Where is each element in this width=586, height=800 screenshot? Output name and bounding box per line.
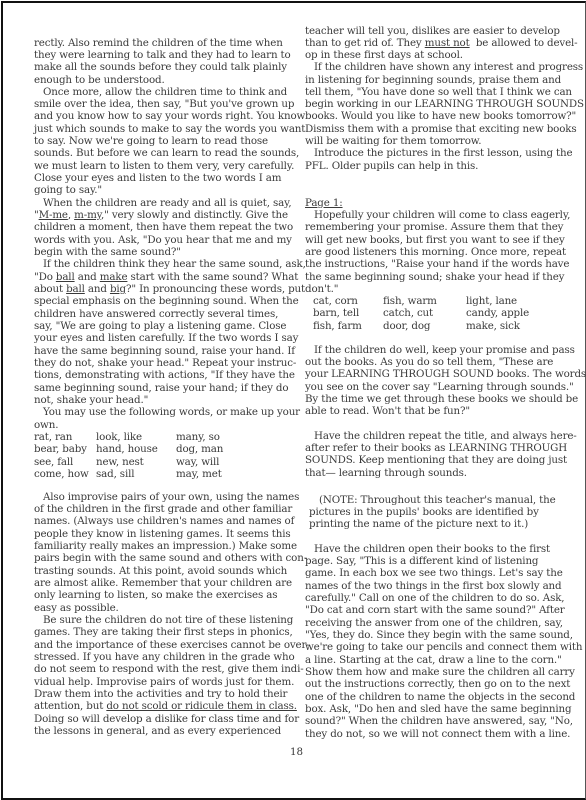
- text-line: teacher will tell you, dislikes are easi…: [305, 25, 560, 37]
- text-line: same beginning sound, raise your hand; i…: [34, 382, 288, 394]
- text-line: are good listeners this morning. Once mo…: [305, 246, 566, 258]
- word-pair: fish, warm: [383, 295, 437, 307]
- text-line: special emphasis on the beginning sound.…: [34, 295, 299, 307]
- word-pair: fish, farm: [313, 320, 362, 332]
- text: about: [34, 283, 66, 295]
- text-line: one of the children to name the objects …: [305, 691, 575, 703]
- word-pair: catch, cut: [383, 307, 433, 319]
- underlined-word: m-my: [74, 209, 101, 221]
- text: attention, but: [34, 700, 106, 712]
- word-pair: rat, ran: [34, 431, 72, 443]
- text-line: in listening for beginning sounds, prais…: [305, 74, 561, 86]
- text-line: "Do cat and corn start with the same sou…: [305, 604, 565, 616]
- text-line: your eyes and listen carefully. If the t…: [34, 332, 298, 344]
- text-line: Close your eyes and listen to the two wo…: [34, 172, 281, 184]
- text-line: will get new books, but first you want t…: [305, 234, 565, 246]
- text-line: Doing so will develop a dislike for clas…: [34, 713, 299, 725]
- text-line: out the instructions correctly, then go …: [305, 678, 570, 690]
- underlined-word: ball: [56, 271, 75, 283]
- text: be allowed to devel-: [470, 37, 578, 49]
- text-line: they do not, so we will not connect them…: [305, 728, 570, 740]
- text-line: Be sure the children do not tire of thes…: [43, 614, 293, 626]
- note-line: printing the name of the picture next to…: [309, 518, 528, 530]
- text-line: people they know in listening games. It …: [34, 528, 291, 540]
- text-line: begin with the same sound?": [34, 246, 181, 258]
- text-line: vidual help. Improvise pairs of words ju…: [34, 676, 294, 688]
- underlined-word: ball: [66, 283, 85, 295]
- word-pairs-row: bear, baby hand, house dog, man: [34, 443, 296, 455]
- text-line: that— learning through sounds.: [305, 467, 467, 479]
- text-line: begin working in our LEARNING THROUGH SO…: [305, 98, 584, 110]
- text-line: just which sounds to make to say the wor…: [34, 123, 305, 135]
- word-pairs-table: cat, corn fish, warm light, lane barn, t…: [313, 295, 571, 333]
- text-line: we must learn to listen to them very, ve…: [34, 160, 294, 172]
- text-line: smile over the idea, then say, "But you'…: [34, 98, 294, 110]
- word-pairs-row: cat, corn fish, warm light, lane: [313, 295, 571, 307]
- underlined-word: big: [110, 283, 126, 295]
- word-pair: candy, apple: [466, 307, 529, 319]
- text-line: after refer to their books as LEARNING T…: [305, 442, 567, 454]
- text: than to get rid of. They: [305, 37, 425, 49]
- text-line: the same beginning sound; shake your hea…: [305, 271, 564, 283]
- text-line: enough to be understood.: [34, 74, 165, 86]
- word-pair: sad, sill: [96, 468, 134, 480]
- text-line: your LEARNING THROUGH SOUND books. The w…: [305, 368, 586, 380]
- text-line: the instructions, "Raise your hand if th…: [305, 258, 569, 270]
- text-line: game. In each box we see two things. Let…: [305, 567, 563, 579]
- text-line: Also improvise pairs of your own, using …: [43, 491, 299, 503]
- text-line: and the importance of these exercises ca…: [34, 639, 310, 651]
- text-line: attention, but do not scold or ridicule …: [34, 700, 297, 712]
- word-pair: come, how: [34, 468, 89, 480]
- word-pair: see, fall: [34, 456, 73, 468]
- text-line: tell them, "You have done so well that I…: [305, 86, 572, 98]
- text-line: Hopefully your children will come to cla…: [314, 209, 570, 221]
- text-line: carefully." Call on one of the children …: [305, 592, 564, 604]
- text-line: about ball and big?" In pronouncing thes…: [34, 283, 305, 295]
- word-pair: dog, man: [176, 443, 223, 455]
- underlined-word: M-me: [39, 209, 68, 221]
- text-line: books. Would you like to have new books …: [305, 110, 576, 122]
- text-line: remembering your promise. Assure them th…: [305, 221, 563, 233]
- text-line: If the children think they hear the same…: [43, 258, 306, 270]
- text-line: SOUNDS. Keep mentioning that they are do…: [305, 454, 567, 466]
- word-pair: make, sick: [466, 320, 520, 332]
- text-line: names. (Always use children's names and …: [34, 515, 294, 527]
- word-pair: many, so: [176, 431, 220, 443]
- text-line: don't.": [305, 283, 338, 295]
- text-line: we're going to take our pencils and conn…: [305, 641, 582, 653]
- text-line: able to read. Won't that be fun?": [305, 405, 470, 417]
- text-line: children a moment, then have them repeat…: [34, 221, 293, 233]
- text-line: of the children in the first grade and o…: [34, 503, 292, 515]
- word-pairs-row: barn, tell catch, cut candy, apple: [313, 307, 571, 319]
- text-line: Draw them into the activities and try to…: [34, 688, 287, 700]
- text-line: page. Say, "This is a different kind of …: [305, 555, 538, 567]
- text-line: rectly. Also remind the children of the …: [34, 37, 283, 49]
- text-line: familiarity really makes an impression.)…: [34, 540, 297, 552]
- text-line: When the children are ready and all is q…: [43, 197, 292, 209]
- text-line: If the children have shown any interest …: [314, 61, 583, 73]
- text-line: going to say.": [34, 184, 102, 196]
- text-line: Dismiss them with a promise that excitin…: [305, 123, 577, 135]
- word-pair: bear, baby: [34, 443, 87, 455]
- text-line: are almost alike. Remember that your chi…: [34, 577, 292, 589]
- text-line: own.: [34, 419, 58, 431]
- text-line: sounds. But before we can learn to read …: [34, 147, 299, 159]
- text-line: they were learning to talk and they had …: [34, 49, 291, 61]
- text: ?" In pronouncing these words, put: [126, 283, 305, 295]
- text-line: do not seem to respond with the rest, gi…: [34, 663, 304, 675]
- word-pair: look, like: [96, 431, 142, 443]
- text-line: box. Ask, "Do hen and sled have the same…: [305, 703, 571, 715]
- word-pairs-table: rat, ran look, like many, so bear, baby …: [34, 431, 296, 481]
- text-line: By the time we get through these books w…: [305, 393, 578, 405]
- note-line: pictures in the pupils' books are identi…: [309, 506, 539, 518]
- text: start with the same sound? What: [127, 271, 298, 283]
- text-line: Have the children open their books to th…: [314, 543, 550, 555]
- word-pair: light, lane: [466, 295, 517, 307]
- text-line: Show them how and make sure the children…: [305, 666, 575, 678]
- text-line: "Yes, they do. Since they begin with the…: [305, 629, 573, 641]
- underlined-phrase: do not scold or ridicule them in class.: [106, 700, 297, 712]
- text-line: than to get rid of. They must not be all…: [305, 37, 578, 49]
- text-line: children have answered correctly several…: [34, 308, 278, 320]
- word-pairs-row: fish, farm door, dog make, sick: [313, 320, 571, 332]
- text-line: op in these first days at school.: [305, 49, 463, 61]
- word-pair: may, met: [176, 468, 222, 480]
- text-line: Have the children repeat the title, and …: [314, 430, 577, 442]
- word-pair: door, dog: [383, 320, 430, 332]
- text-line: tions, demonstrating with actions, "If t…: [34, 369, 295, 381]
- text-line: say, "We are going to play a listening g…: [34, 320, 286, 332]
- word-pair: way, will: [176, 456, 219, 468]
- text-line: If the children do well, keep your promi…: [314, 344, 575, 356]
- text-line: pairs begin with the same sound and othe…: [34, 552, 307, 564]
- text: and: [85, 283, 110, 295]
- text-line: games. They are taking their first steps…: [34, 626, 293, 638]
- word-pairs-row: see, fall new, nest way, will: [34, 456, 296, 468]
- word-pair: hand, house: [96, 443, 158, 455]
- text-line: out the books. As you do so tell them, "…: [305, 356, 553, 368]
- section-heading: Page 1:: [305, 197, 343, 209]
- word-pairs-row: rat, ran look, like many, so: [34, 431, 296, 443]
- text: ," very slowly and distinctly. Give the: [101, 209, 288, 221]
- text-line: to say. Now we're going to learn to read…: [34, 135, 268, 147]
- text-line: Introduce the pictures in the first less…: [314, 147, 572, 159]
- text-line: "M-me, m-my," very slowly and distinctly…: [34, 209, 288, 221]
- text-line: make all the sounds before they could ta…: [34, 61, 287, 73]
- text-line: easy as possible.: [34, 602, 119, 614]
- page-number: 18: [290, 746, 303, 758]
- text-line: You may use the following words, or make…: [43, 406, 300, 418]
- text-line: words with you. Ask, "Do you hear that m…: [34, 234, 292, 246]
- text-line: not, shake your head.": [34, 394, 148, 406]
- document-page: rectly. Also remind the children of the …: [1, 1, 586, 800]
- text-line: sound?" When the children have answered,…: [305, 715, 573, 727]
- text: and: [75, 271, 100, 283]
- text-line: stressed. If you have any children in th…: [34, 651, 295, 663]
- underlined-word: make: [100, 271, 128, 283]
- text-line: Once more, allow the children time to th…: [43, 86, 287, 98]
- text: "Do: [34, 271, 56, 283]
- text-line: trasting sounds. At this point, avoid so…: [34, 565, 287, 577]
- text-line: names of the two things in the first box…: [305, 580, 562, 592]
- text-line: only learning to listen, so make the exe…: [34, 589, 277, 601]
- text-line: the lessons in general, and as every exp…: [34, 725, 281, 737]
- word-pair: cat, corn: [313, 295, 358, 307]
- text-line: "Do ball and make start with the same so…: [34, 271, 298, 283]
- underlined-phrase: must not: [425, 37, 470, 49]
- text-line: have the same beginning sound, raise you…: [34, 345, 295, 357]
- text-line: PFL. Older pupils can help in this.: [305, 160, 478, 172]
- word-pair: barn, tell: [313, 307, 359, 319]
- text-line: a line. Starting at the cat, draw a line…: [305, 654, 562, 666]
- word-pairs-row: come, how sad, sill may, met: [34, 468, 296, 480]
- note-line: (NOTE: Throughout this teacher's manual,…: [319, 494, 556, 506]
- text-line: and you know how to say your words right…: [34, 110, 305, 122]
- text-line: they do not, shake your head." Repeat yo…: [34, 357, 296, 369]
- word-pair: new, nest: [96, 456, 144, 468]
- text-line: will be waiting for them tomorrow.: [305, 135, 481, 147]
- text-line: receiving the answer from one of the chi…: [305, 617, 563, 629]
- text-line: you see on the cover say "Learning throu…: [305, 381, 574, 393]
